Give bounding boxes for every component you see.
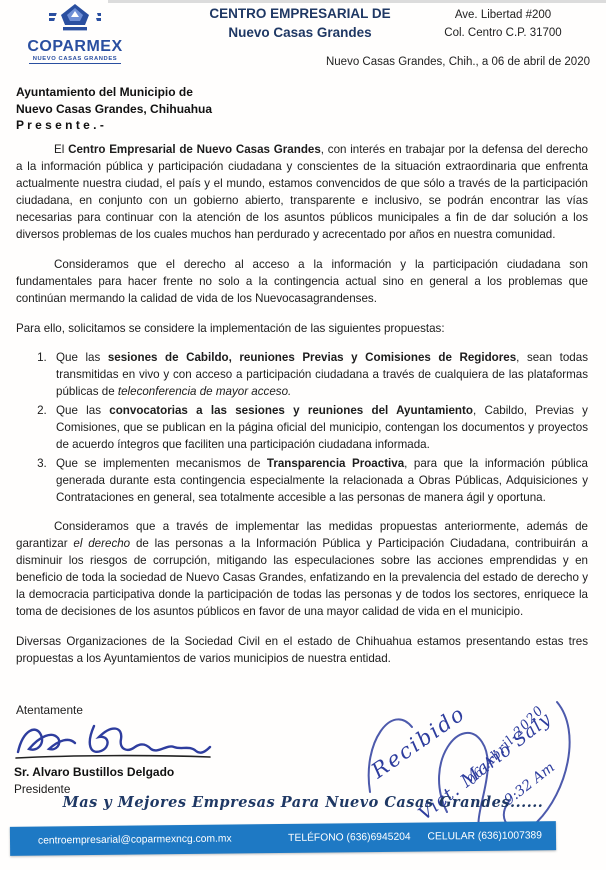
- org-title-line2: Nuevo Casas Grandes: [180, 23, 420, 42]
- org-title-line1: CENTRO EMPRESARIAL DE: [180, 4, 420, 23]
- paragraph-consideramos: Consideramos que el derecho al acceso a …: [16, 256, 588, 307]
- address-line2: Col. Centro C.P. 31700: [415, 24, 591, 42]
- footer-phone: TELÉFONO (636)6945204: [288, 832, 411, 844]
- salutation: Atentamente: [16, 703, 83, 717]
- coparmex-emblem-icon: [49, 3, 101, 37]
- slogan: Mas y Mejores Empresas Para Nuevo Casas …: [0, 794, 606, 811]
- letter-body: El Centro Empresarial de Nuevo Casas Gra…: [16, 141, 588, 667]
- signer-name: Sr. Alvaro Bustillos Delgado: [14, 765, 214, 779]
- proposal-item-1: Que las sesiones de Cabildo, reuniones P…: [50, 349, 588, 400]
- footer-phones: TELÉFONO (636)6945204 CELULAR (636)10073…: [288, 830, 542, 844]
- letter-page: COPARMEX NUEVO CASAS GRANDES CENTRO EMPR…: [0, 0, 606, 870]
- paragraph-para-ello: Para ello, solicitamos se considere la i…: [16, 320, 588, 337]
- dateline: Nuevo Casas Grandes, Chih., a 06 de abri…: [326, 56, 590, 68]
- coparmex-logo: COPARMEX NUEVO CASAS GRANDES: [16, 3, 134, 64]
- scan-artifact: [108, 0, 606, 3]
- proposals-list: Que las sesiones de Cabildo, reuniones P…: [16, 349, 588, 506]
- signature-ink-icon: [14, 718, 214, 762]
- footer-email: centroempresarial@coparmexncg.com.mx: [38, 834, 232, 847]
- paragraph-intro: El Centro Empresarial de Nuevo Casas Gra…: [16, 141, 588, 243]
- recipient-block: Ayuntamiento del Municipio de Nuevo Casa…: [16, 84, 212, 134]
- paragraph-garantizar: Consideramos que a través de implementar…: [16, 518, 588, 620]
- recipient-line1: Ayuntamiento del Municipio de: [16, 84, 212, 101]
- logo-brand-text: COPARMEX: [16, 38, 134, 56]
- org-address: Ave. Libertad #200 Col. Centro C.P. 3170…: [415, 6, 591, 42]
- recipient-line3: P r e s e n t e . -: [16, 117, 212, 134]
- received-stamp: Recibido Vict. Mario Saly 06-Abril-2020 …: [352, 672, 602, 837]
- proposal-item-2: Que las convocatorias a las sesiones y r…: [50, 402, 588, 453]
- stamp-line-received: Recibido: [367, 701, 470, 783]
- proposal-item-3: Que se implementen mecanismos de Transpa…: [50, 455, 588, 506]
- footer-cellular: CELULAR (636)1007389: [427, 830, 542, 842]
- address-line1: Ave. Libertad #200: [415, 6, 591, 24]
- footer-bar: centroempresarial@coparmexncg.com.mx TEL…: [10, 821, 556, 856]
- org-title: CENTRO EMPRESARIAL DE Nuevo Casas Grande…: [180, 4, 420, 42]
- stamp-line-date: 06-Abril-2020: [464, 703, 547, 788]
- stamp-flourish-icon: [352, 672, 602, 837]
- paragraph-organizaciones: Diversas Organizaciones de la Sociedad C…: [16, 633, 588, 667]
- signature-block: Sr. Alvaro Bustillos Delgado Presidente: [14, 718, 214, 796]
- recipient-line2: Nuevo Casas Grandes, Chihuahua: [16, 101, 212, 118]
- logo-sub-text: NUEVO CASAS GRANDES: [29, 56, 121, 64]
